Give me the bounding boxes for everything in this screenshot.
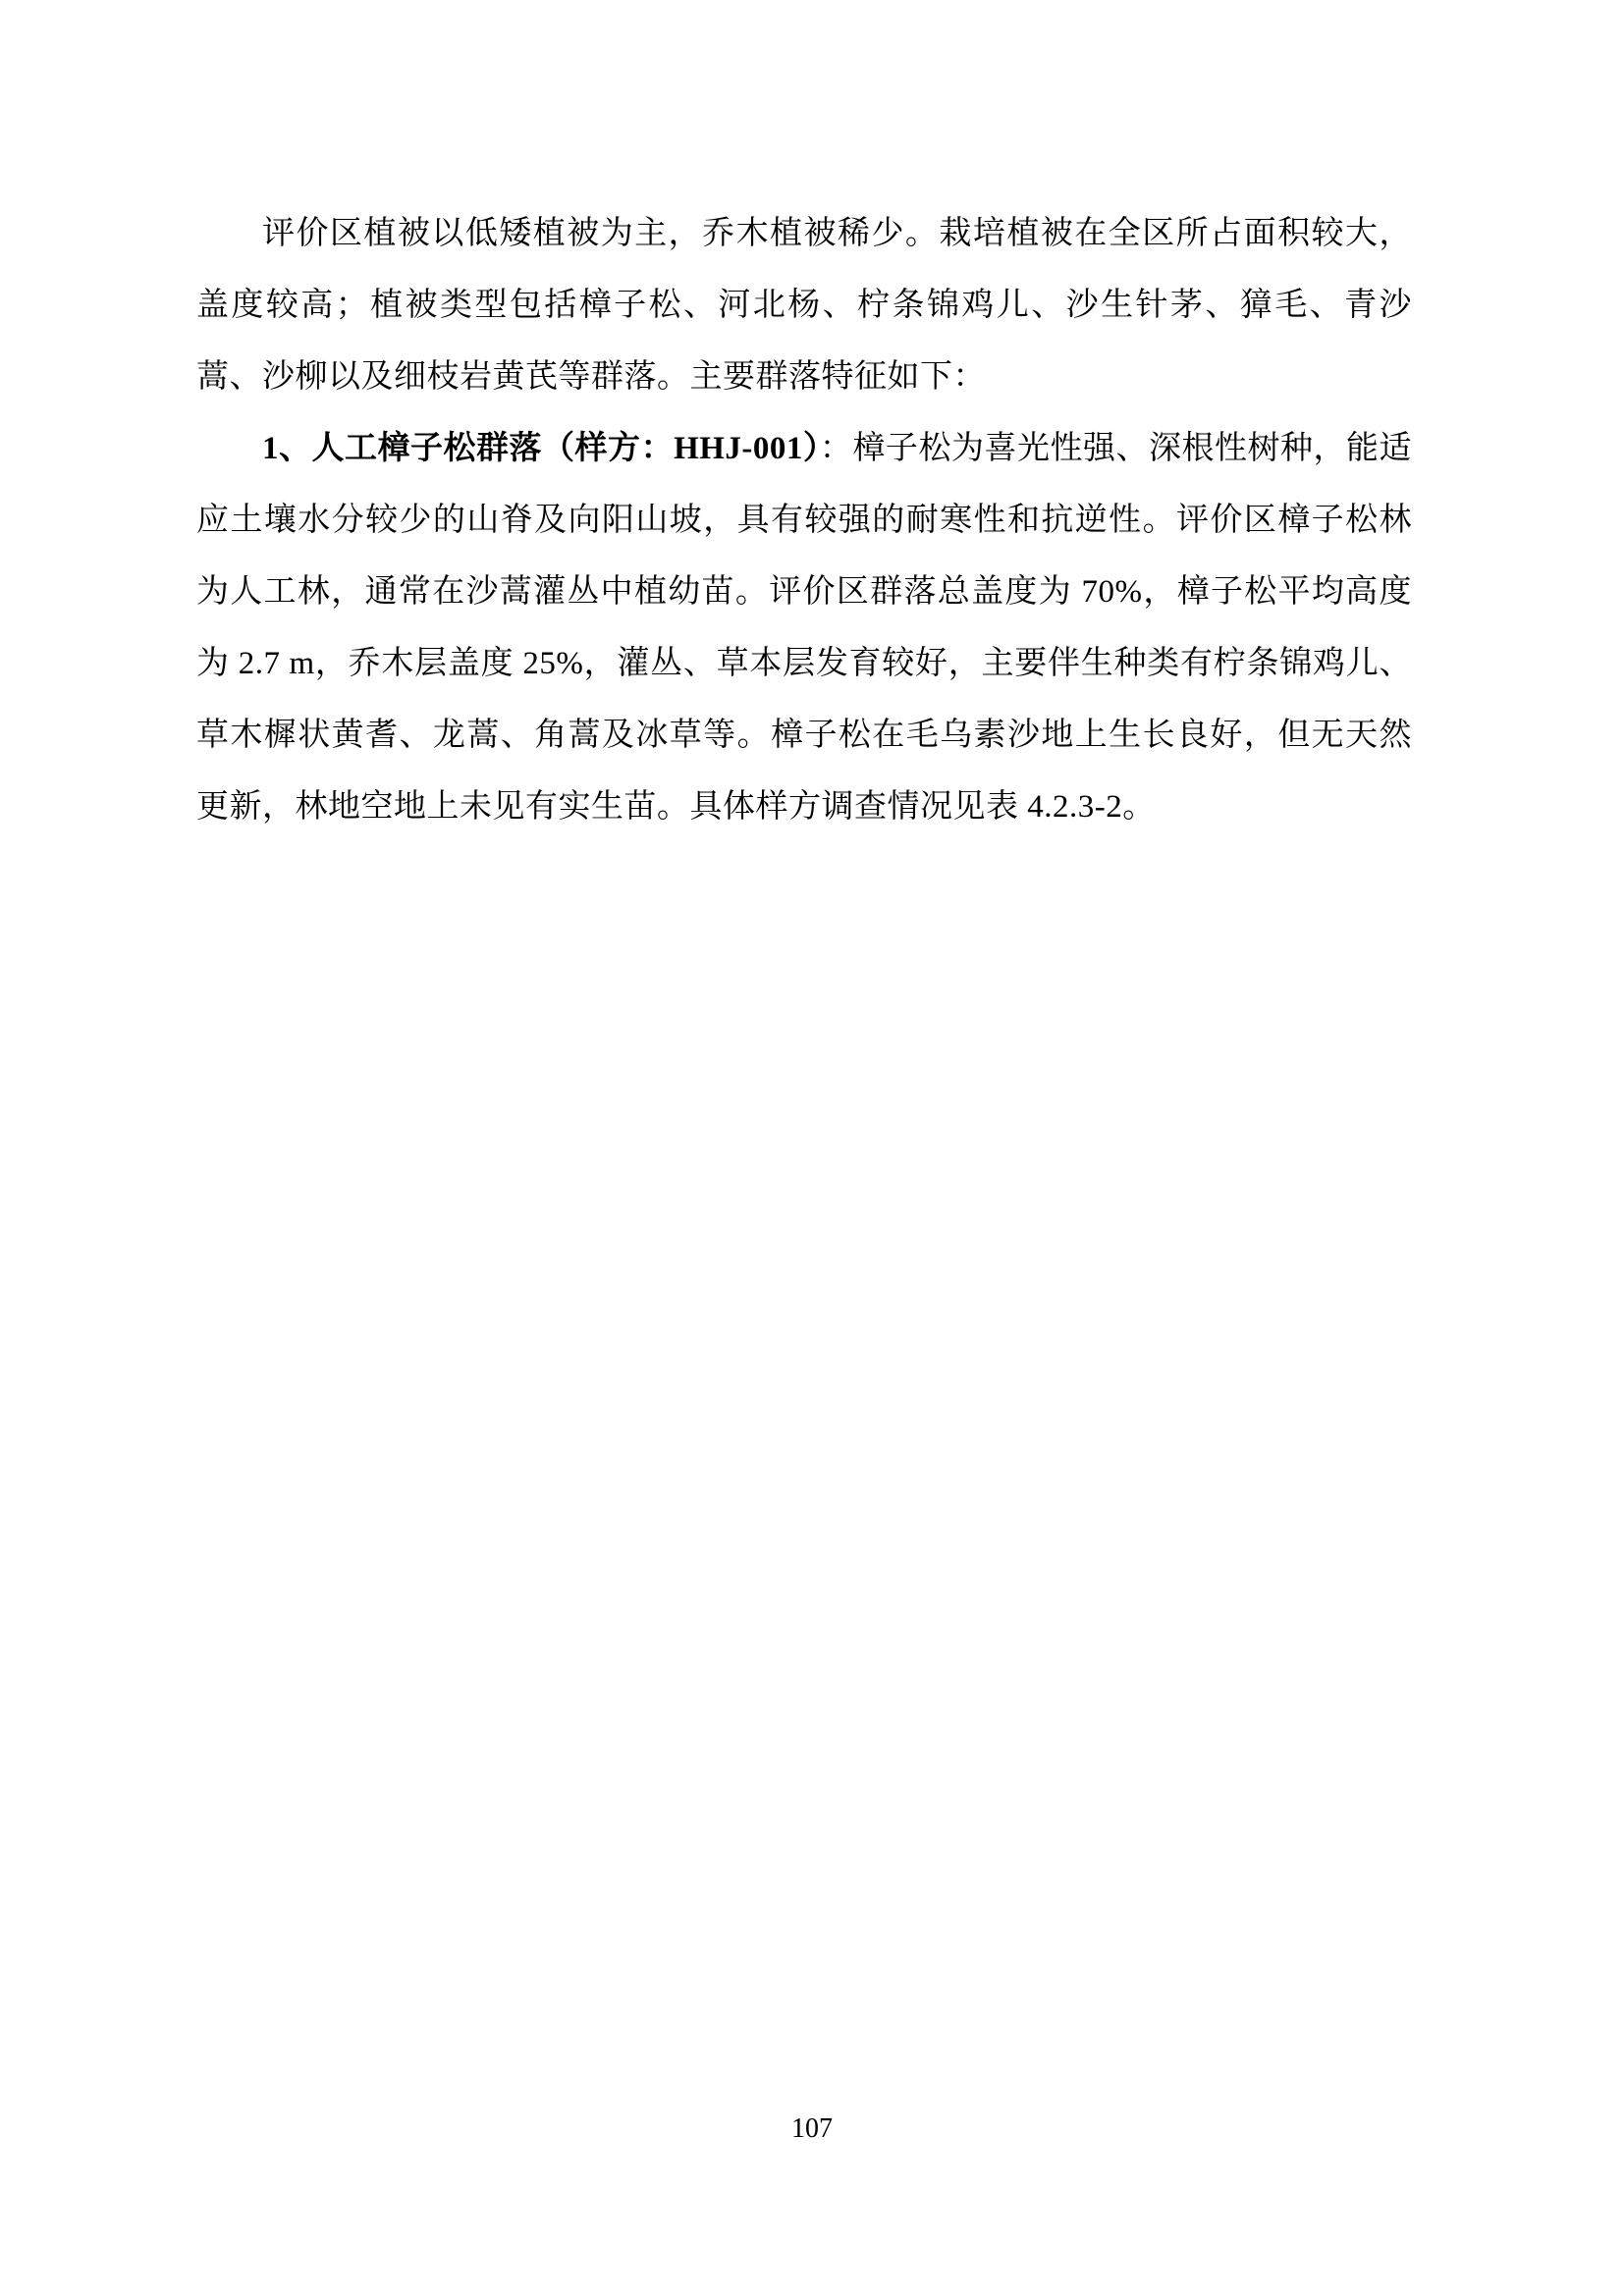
paragraph-text: 评价区植被以低矮植被为主，乔木植被稀少。栽培植被在全区所占面积较大，盖度较高；植… [196,216,1412,395]
community-heading-bold: 1、人工樟子松群落（样方：HHJ-001） [262,431,820,466]
paragraph-community-1: 1、人工樟子松群落（样方：HHJ-001）：樟子松为喜光性强、深根性树种，能适应… [196,413,1412,843]
page-footer: 107 [0,2112,1624,2146]
document-page: 评价区植被以低矮植被为主，乔木植被稀少。栽培植被在全区所占面积较大，盖度较高；植… [0,0,1624,2296]
document-body: 评价区植被以低矮植被为主，乔木植被稀少。栽培植被在全区所占面积较大，盖度较高；植… [196,198,1412,843]
paragraph-vegetation-overview: 评价区植被以低矮植被为主，乔木植被稀少。栽培植被在全区所占面积较大，盖度较高；植… [196,198,1412,413]
page-number: 107 [791,2113,833,2144]
paragraph-text: ：樟子松为喜光性强、深根性树种，能适应土壤水分较少的山脊及向阳山坡，具有较强的耐… [196,431,1412,825]
